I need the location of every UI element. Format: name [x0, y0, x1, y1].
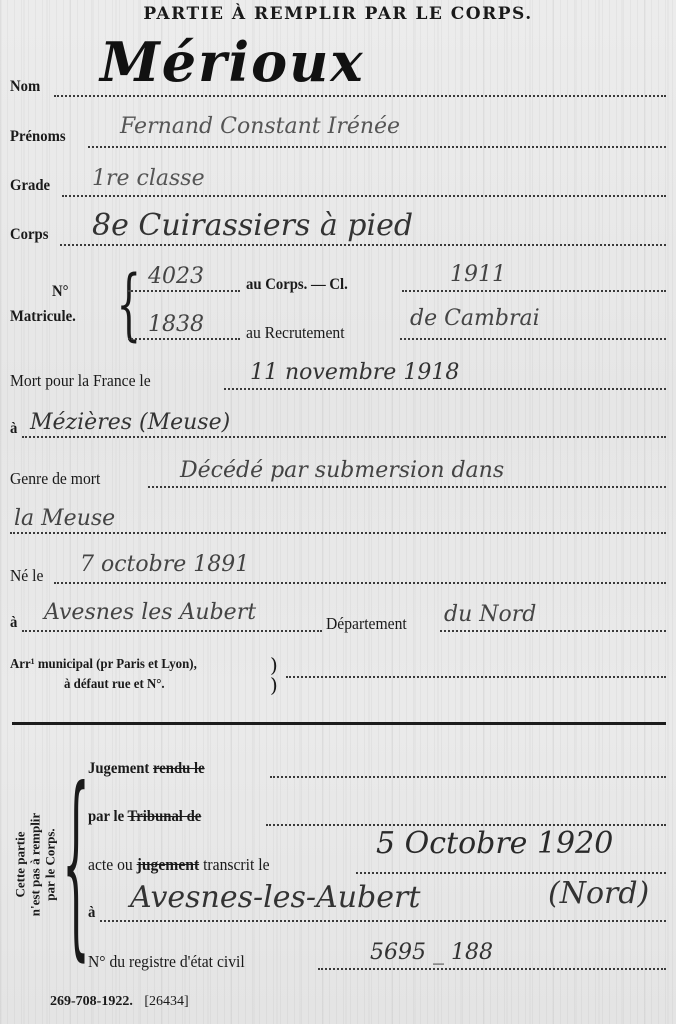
side-note-line1: Cette partie — [13, 790, 28, 940]
mort-a-value: Mézières (Meuse) — [30, 410, 230, 435]
ne-le-value: 7 octobre 1891 — [80, 552, 249, 577]
transcrit-value: 5 Octobre 1920 — [376, 826, 613, 861]
corps-number-dotted-line — [128, 290, 240, 292]
transcrit-a-label: à — [88, 904, 95, 922]
recrutement-label: au Recrutement — [246, 323, 345, 343]
genre-de-mort-label: Genre de mort — [10, 469, 100, 489]
prenoms-dotted-line — [88, 146, 666, 148]
jugement-label: Jugement — [88, 760, 153, 777]
matricule-label: Matricule. — [10, 308, 76, 326]
grade-dotted-line — [62, 195, 666, 197]
corps-number-value: 4023 — [148, 264, 204, 289]
side-note-line3: par le Corps. — [43, 790, 58, 940]
side-note-line2: n'est pas à remplir — [28, 790, 43, 940]
genre-de-mort-value-line2: la Meuse — [14, 506, 115, 531]
nom-value: Mérioux — [100, 30, 365, 94]
footer: 269-708-1922. [26434] — [50, 994, 189, 1010]
nom-label: Nom — [10, 78, 40, 96]
ne-a-dotted-line — [22, 630, 322, 632]
departement-value: du Nord — [444, 602, 536, 627]
transcrit-le-label: transcrit le — [199, 855, 269, 874]
transcrit-a-value: Avesnes-les-Aubert — [130, 880, 420, 915]
recrutement-value: de Cambrai — [410, 306, 540, 331]
classe-dotted-line — [402, 290, 666, 292]
matricule-brace: { — [116, 266, 141, 344]
genre-de-mort-dotted-line — [148, 486, 666, 488]
registre-label: N° du registre d'état civil — [88, 952, 245, 972]
registre-value: 5695 _ 188 — [370, 940, 493, 965]
mort-le-dotted-line — [224, 388, 666, 390]
matricule-label-no: N° — [52, 283, 69, 301]
grade-value: 1re classe — [92, 166, 205, 191]
document-page: PARTIE À REMPLIR PAR LE CORPS. Nom Mério… — [0, 0, 676, 1024]
tribunal-label: par le Tribunal de — [88, 808, 201, 826]
par-le-label: par le — [88, 808, 128, 825]
rendu-le-struck: rendu le — [153, 760, 205, 777]
acte-ou-label: acte ou — [88, 855, 137, 874]
transcrit-a-dotted-line — [100, 920, 666, 922]
jugement-rendu-label: Jugement rendu le — [88, 760, 205, 778]
corps-label: Corps — [10, 226, 48, 244]
footer-code: 269-708-1922. — [50, 994, 133, 1009]
genre-de-mort-value-line1: Décédé par submersion dans — [180, 458, 504, 483]
corps-dotted-line — [60, 244, 666, 246]
form-title: PARTIE À REMPLIR PAR LE CORPS. — [0, 4, 676, 24]
ne-a-label: à — [10, 614, 17, 632]
corps-value: 8e Cuirassiers à pied — [92, 208, 413, 243]
jugement-struck: jugement — [137, 855, 200, 874]
registre-dotted-line — [318, 968, 666, 970]
au-corps-label: au Corps. — Cl. — [246, 276, 348, 294]
recrutement-number-dotted-line — [128, 338, 240, 340]
genre-de-mort-dotted-line-2 — [10, 532, 666, 534]
arrondissement-dotted-line — [286, 676, 666, 678]
arrondissement-label-line2: à défaut rue et N°. — [64, 677, 165, 693]
mort-le-value: 11 novembre 1918 — [250, 360, 459, 385]
recrutement-dotted-line — [400, 338, 666, 340]
section2-brace: { — [62, 758, 90, 968]
mort-a-dotted-line — [22, 436, 666, 438]
footer-ref: [26434] — [144, 994, 188, 1009]
ne-le-label: Né le — [10, 566, 43, 586]
side-note: Cette partie n'est pas à remplir par le … — [13, 790, 58, 940]
mort-le-label: Mort pour la France le — [10, 371, 151, 391]
transcrit-dotted-line — [356, 872, 666, 874]
ne-le-dotted-line — [54, 582, 666, 584]
transcrit-label: acte ou jugement transcrit le — [88, 855, 270, 875]
arrondissement-label-line1: Arr¹ municipal (pr Paris et Lyon), — [10, 657, 197, 673]
transcrit-a-extra: (Nord) — [548, 876, 649, 911]
grade-label: Grade — [10, 177, 50, 195]
departement-dotted-line — [440, 630, 666, 632]
ne-a-value: Avesnes les Aubert — [44, 600, 256, 625]
mort-a-label: à — [10, 420, 17, 438]
classe-value: 1911 — [450, 262, 506, 287]
prenoms-value: Fernand Constant Irénée — [120, 114, 400, 139]
recrutement-number-value: 1838 — [148, 312, 204, 337]
tribunal-de-struck: Tribunal de — [128, 808, 202, 825]
section-separator — [12, 722, 666, 725]
departement-label: Département — [326, 614, 407, 634]
jugement-rendu-dotted-line — [270, 776, 666, 778]
prenoms-label: Prénoms — [10, 128, 66, 146]
arrondissement-brace: )) — [270, 655, 278, 695]
nom-dotted-line — [54, 95, 666, 97]
